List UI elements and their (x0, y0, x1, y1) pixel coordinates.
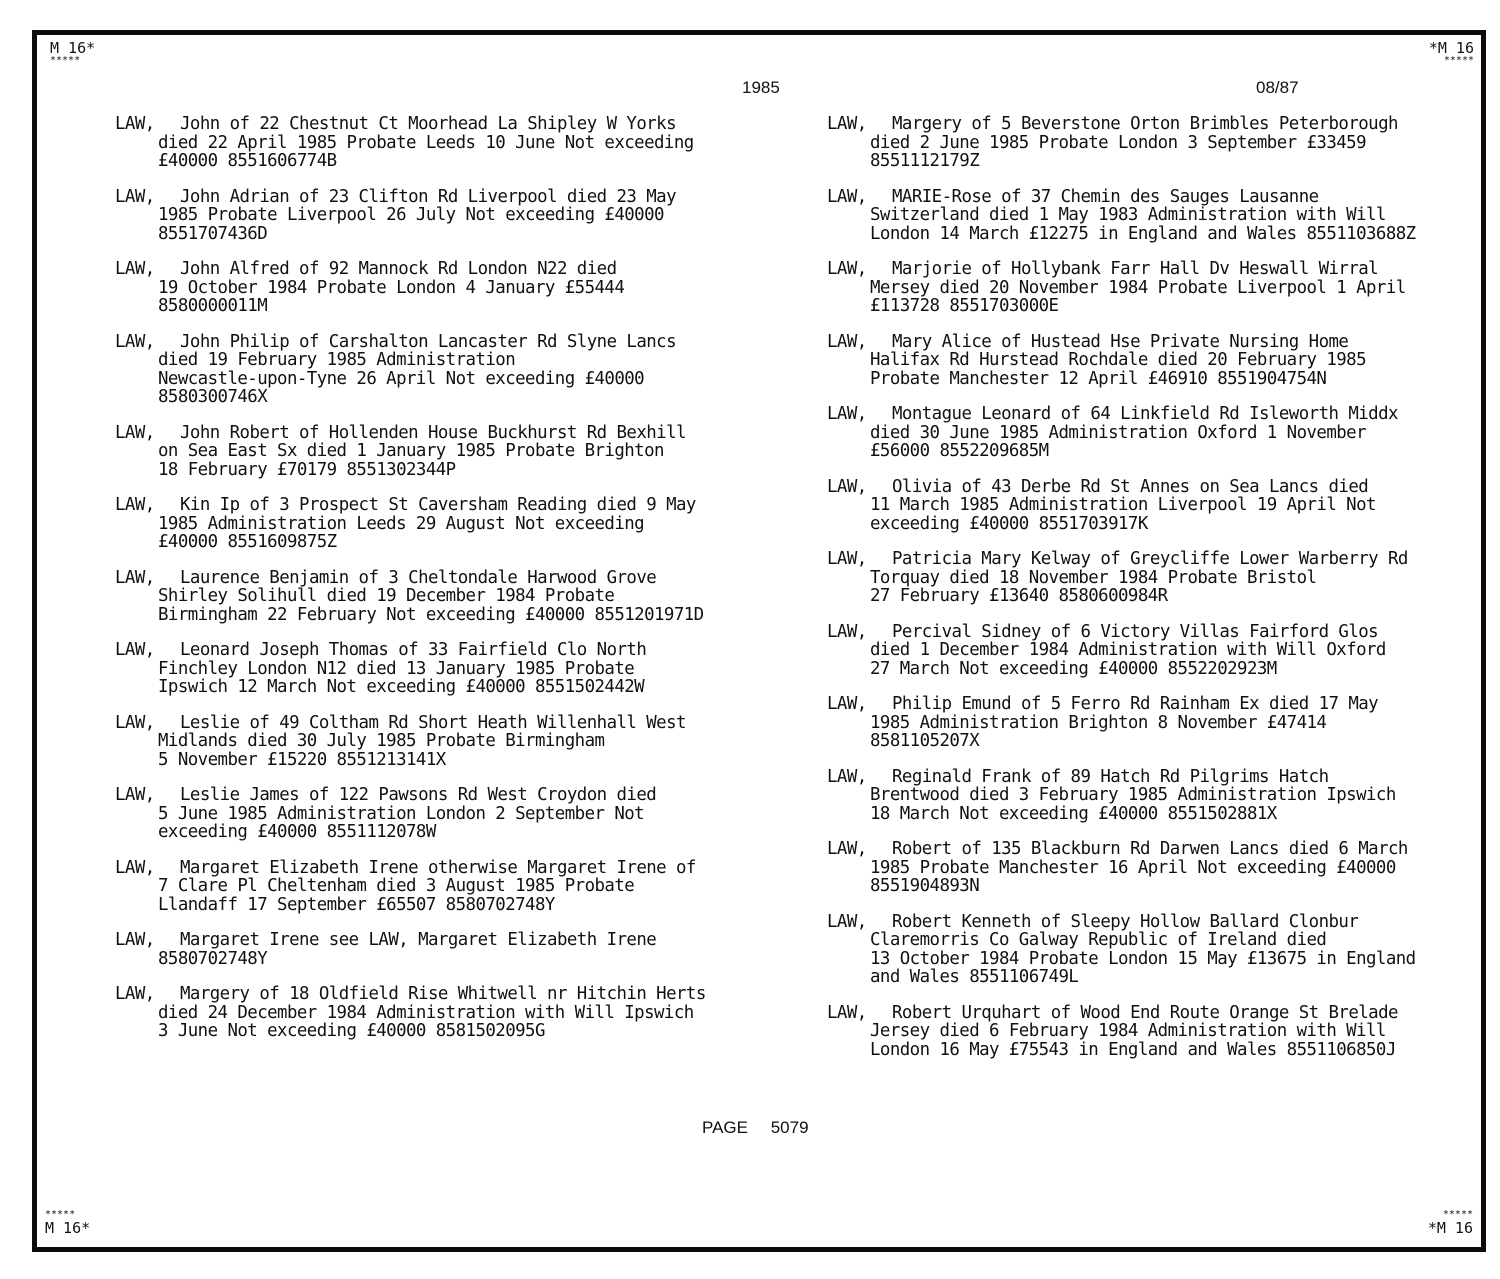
entry-line: Midlands died 30 July 1985 Probate Birmi… (158, 732, 795, 751)
entry-surname: LAW, (827, 768, 867, 787)
entry-line: Robert of 135 Blackburn Rd Darwen Lancs … (892, 840, 1500, 859)
entry-surname: LAW, (827, 550, 867, 569)
entry-line: 8580702748Y (158, 950, 795, 969)
entry-line: Marjorie of Hollybank Farr Hall Dv Heswa… (892, 260, 1500, 279)
probate-entry: LAW,Patricia Mary Kelway of Greycliffe L… (827, 550, 1500, 606)
entry-body: Mary Alice of Hustead Hse Private Nursin… (827, 333, 1500, 389)
entry-line: Reginald Frank of 89 Hatch Rd Pilgrims H… (892, 768, 1500, 787)
entry-line: 27 February £13640 8580600984R (870, 587, 1500, 606)
entry-line: 8551112179Z (870, 152, 1500, 171)
entry-line: 8581105207X (870, 732, 1500, 751)
entry-line: John Philip of Carshalton Lancaster Rd S… (180, 333, 795, 352)
entry-body: John Robert of Hollenden House Buckhurst… (115, 424, 795, 480)
entry-line: £40000 8551609875Z (158, 533, 795, 552)
entry-line: 1985 Probate Liverpool 26 July Not excee… (158, 206, 795, 225)
probate-entry: LAW,Laurence Benjamin of 3 Cheltondale H… (115, 569, 795, 625)
probate-entry: LAW,MARIE-Rose of 37 Chemin des Sauges L… (827, 188, 1500, 244)
entry-surname: LAW, (827, 840, 867, 859)
entry-line: John Adrian of 23 Clifton Rd Liverpool d… (180, 188, 795, 207)
entry-line: Margery of 5 Beverstone Orton Brimbles P… (892, 115, 1500, 134)
entry-line: exceeding £40000 8551112078W (158, 823, 795, 842)
entry-line: Percival Sidney of 6 Victory Villas Fair… (892, 623, 1500, 642)
entry-surname: LAW, (827, 1004, 867, 1023)
entry-surname: LAW, (115, 931, 155, 950)
probate-entry: LAW,Olivia of 43 Derbe Rd St Annes on Se… (827, 478, 1500, 534)
probate-entry: LAW,Margaret Irene see LAW, Margaret Eli… (115, 931, 795, 968)
corner-code-bottom-right: ***** *M 16 (1428, 1209, 1473, 1235)
corner-code: M 16* (45, 1221, 90, 1235)
entry-body: Marjorie of Hollybank Farr Hall Dv Heswa… (827, 260, 1500, 316)
entry-surname: LAW, (827, 478, 867, 497)
entry-surname: LAW, (115, 260, 155, 279)
entry-line: £56000 8552209685M (870, 442, 1500, 461)
page-label: PAGE (702, 1118, 748, 1137)
entry-surname: LAW, (827, 405, 867, 424)
entry-body: Olivia of 43 Derbe Rd St Annes on Sea La… (827, 478, 1500, 534)
entry-body: John of 22 Chestnut Ct Moorhead La Shipl… (115, 115, 795, 171)
probate-entry: LAW,John Philip of Carshalton Lancaster … (115, 333, 795, 407)
entry-line: Jersey died 6 February 1984 Administrati… (870, 1022, 1500, 1041)
entry-line: London 14 March £12275 in England and Wa… (870, 225, 1500, 244)
entry-line: 8580300746X (158, 388, 795, 407)
entry-line: Montague Leonard of 64 Linkfield Rd Isle… (892, 405, 1500, 424)
entry-line: 18 February £70179 8551302344P (158, 461, 795, 480)
entry-line: 5 June 1985 Administration London 2 Sept… (158, 805, 795, 824)
corner-code-top-right: *M 16 ***** (1429, 41, 1474, 67)
entry-surname: LAW, (827, 695, 867, 714)
probate-entry: LAW,John of 22 Chestnut Ct Moorhead La S… (115, 115, 795, 171)
entry-surname: LAW, (115, 496, 155, 515)
probate-entry: LAW,Leonard Joseph Thomas of 33 Fairfiel… (115, 641, 795, 697)
left-column: LAW,John of 22 Chestnut Ct Moorhead La S… (115, 115, 795, 1058)
entry-body: Montague Leonard of 64 Linkfield Rd Isle… (827, 405, 1500, 461)
entry-line: Kin Ip of 3 Prospect St Caversham Readin… (180, 496, 795, 515)
entry-body: Patricia Mary Kelway of Greycliffe Lower… (827, 550, 1500, 606)
entry-line: Margaret Elizabeth Irene otherwise Marga… (180, 859, 795, 878)
entry-surname: LAW, (115, 786, 155, 805)
entry-body: Kin Ip of 3 Prospect St Caversham Readin… (115, 496, 795, 552)
entry-line: Leslie James of 122 Pawsons Rd West Croy… (180, 786, 795, 805)
probate-entry: LAW,Robert of 135 Blackburn Rd Darwen La… (827, 840, 1500, 896)
entry-line: Claremorris Co Galway Republic of Irelan… (870, 931, 1500, 950)
probate-entry: LAW,Robert Kenneth of Sleepy Hollow Ball… (827, 913, 1500, 987)
entry-line: 1985 Administration Brighton 8 November … (870, 714, 1500, 733)
corner-code: *M 16 (1429, 41, 1474, 55)
entry-line: died 19 February 1985 Administration (158, 351, 795, 370)
probate-entry: LAW,John Adrian of 23 Clifton Rd Liverpo… (115, 188, 795, 244)
entry-line: on Sea East Sx died 1 January 1985 Proba… (158, 442, 795, 461)
entry-surname: LAW, (827, 913, 867, 932)
entry-body: Margaret Irene see LAW, Margaret Elizabe… (115, 931, 795, 968)
header-date: 08/87 (1256, 78, 1299, 98)
entry-body: MARIE-Rose of 37 Chemin des Sauges Lausa… (827, 188, 1500, 244)
entry-line: Shirley Solihull died 19 December 1984 P… (158, 587, 795, 606)
entry-surname: LAW, (827, 188, 867, 207)
entry-line: Probate Manchester 12 April £46910 85519… (870, 370, 1500, 389)
probate-entry: LAW,Robert Urquhart of Wood End Route Or… (827, 1004, 1500, 1060)
corner-code: *M 16 (1428, 1221, 1473, 1235)
entry-line: Margaret Irene see LAW, Margaret Elizabe… (180, 931, 795, 950)
entry-body: John Alfred of 92 Mannock Rd London N22 … (115, 260, 795, 316)
entry-line: 27 March Not exceeding £40000 8552202923… (870, 660, 1500, 679)
entry-line: Switzerland died 1 May 1983 Administrati… (870, 206, 1500, 225)
probate-entry: LAW,Margery of 5 Beverstone Orton Brimbl… (827, 115, 1500, 171)
probate-entry: LAW,John Robert of Hollenden House Buckh… (115, 424, 795, 480)
corner-code-top-left: M 16* ***** (50, 41, 95, 67)
entry-line: 1985 Probate Manchester 16 April Not exc… (870, 859, 1500, 878)
entry-body: Robert Kenneth of Sleepy Hollow Ballard … (827, 913, 1500, 987)
entry-line: and Wales 8551106749L (870, 968, 1500, 987)
entry-line: 8580000011M (158, 297, 795, 316)
entry-surname: LAW, (115, 569, 155, 588)
probate-entry: LAW,Marjorie of Hollybank Farr Hall Dv H… (827, 260, 1500, 316)
corner-code-bottom-left: ***** M 16* (45, 1209, 90, 1235)
entry-surname: LAW, (115, 859, 155, 878)
entry-line: Finchley London N12 died 13 January 1985… (158, 660, 795, 679)
entry-line: Mary Alice of Hustead Hse Private Nursin… (892, 333, 1500, 352)
right-column: LAW,Margery of 5 Beverstone Orton Brimbl… (827, 115, 1500, 1076)
entry-line: Ipswich 12 March Not exceeding £40000 85… (158, 678, 795, 697)
probate-entry: LAW,Leslie James of 122 Pawsons Rd West … (115, 786, 795, 842)
entry-line: £113728 8551703000E (870, 297, 1500, 316)
probate-entry: LAW,Montague Leonard of 64 Linkfield Rd … (827, 405, 1500, 461)
probate-entry: LAW,Percival Sidney of 6 Victory Villas … (827, 623, 1500, 679)
entry-line: 5 November £15220 8551213141X (158, 751, 795, 770)
probate-entry: LAW,Mary Alice of Hustead Hse Private Nu… (827, 333, 1500, 389)
entry-surname: LAW, (115, 115, 155, 134)
probate-entry: LAW,Kin Ip of 3 Prospect St Caversham Re… (115, 496, 795, 552)
entry-body: John Philip of Carshalton Lancaster Rd S… (115, 333, 795, 407)
entry-body: Leonard Joseph Thomas of 33 Fairfield Cl… (115, 641, 795, 697)
entry-surname: LAW, (827, 333, 867, 352)
entry-line: died 22 April 1985 Probate Leeds 10 June… (158, 134, 795, 153)
entry-line: Llandaff 17 September £65507 8580702748Y (158, 896, 795, 915)
entry-line: MARIE-Rose of 37 Chemin des Sauges Lausa… (892, 188, 1500, 207)
probate-entry: LAW,Margaret Elizabeth Irene otherwise M… (115, 859, 795, 915)
entry-body: Percival Sidney of 6 Victory Villas Fair… (827, 623, 1500, 679)
entry-line: £40000 8551606774B (158, 152, 795, 171)
entry-body: Leslie James of 122 Pawsons Rd West Croy… (115, 786, 795, 842)
entry-line: John of 22 Chestnut Ct Moorhead La Shipl… (180, 115, 795, 134)
entry-body: Robert of 135 Blackburn Rd Darwen Lancs … (827, 840, 1500, 896)
probate-entry: LAW,Philip Emund of 5 Ferro Rd Rainham E… (827, 695, 1500, 751)
entry-line: 8551707436D (158, 225, 795, 244)
entry-body: Robert Urquhart of Wood End Route Orange… (827, 1004, 1500, 1060)
entry-body: Margaret Elizabeth Irene otherwise Marga… (115, 859, 795, 915)
entry-line: died 30 June 1985 Administration Oxford … (870, 424, 1500, 443)
entry-body: Laurence Benjamin of 3 Cheltondale Harwo… (115, 569, 795, 625)
entry-line: 1985 Administration Leeds 29 August Not … (158, 515, 795, 534)
entry-line: 7 Clare Pl Cheltenham died 3 August 1985… (158, 877, 795, 896)
entry-surname: LAW, (115, 188, 155, 207)
entry-body: John Adrian of 23 Clifton Rd Liverpool d… (115, 188, 795, 244)
entry-surname: LAW, (115, 985, 155, 1004)
entry-line: Patricia Mary Kelway of Greycliffe Lower… (892, 550, 1500, 569)
entry-line: Laurence Benjamin of 3 Cheltondale Harwo… (180, 569, 795, 588)
entry-body: Margery of 18 Oldfield Rise Whitwell nr … (115, 985, 795, 1041)
entry-surname: LAW, (115, 641, 155, 660)
entry-line: Leslie of 49 Coltham Rd Short Heath Will… (180, 714, 795, 733)
entry-line: 8551904893N (870, 877, 1500, 896)
entry-line: 18 March Not exceeding £40000 8551502881… (870, 805, 1500, 824)
entry-line: Halifax Rd Hurstead Rochdale died 20 Feb… (870, 351, 1500, 370)
entry-body: Reginald Frank of 89 Hatch Rd Pilgrims H… (827, 768, 1500, 824)
entry-body: Leslie of 49 Coltham Rd Short Heath Will… (115, 714, 795, 770)
entry-line: 11 March 1985 Administration Liverpool 1… (870, 496, 1500, 515)
entry-line: John Alfred of 92 Mannock Rd London N22 … (180, 260, 795, 279)
page-number: PAGE 5079 (702, 1118, 809, 1138)
entry-line: Mersey died 20 November 1984 Probate Liv… (870, 279, 1500, 298)
probate-entry: LAW,John Alfred of 92 Mannock Rd London … (115, 260, 795, 316)
header-year: 1985 (742, 78, 780, 98)
entry-body: Philip Emund of 5 Ferro Rd Rainham Ex di… (827, 695, 1500, 751)
entry-line: Robert Urquhart of Wood End Route Orange… (892, 1004, 1500, 1023)
entry-surname: LAW, (115, 424, 155, 443)
entry-body: Margery of 5 Beverstone Orton Brimbles P… (827, 115, 1500, 171)
entry-surname: LAW, (827, 623, 867, 642)
entry-surname: LAW, (115, 714, 155, 733)
entry-line: London 16 May £75543 in England and Wale… (870, 1041, 1500, 1060)
entry-line: Philip Emund of 5 Ferro Rd Rainham Ex di… (892, 695, 1500, 714)
entry-line: exceeding £40000 8551703917K (870, 515, 1500, 534)
corner-code: M 16* (50, 41, 95, 55)
entry-line: Margery of 18 Oldfield Rise Whitwell nr … (180, 985, 795, 1004)
probate-entry: LAW,Margery of 18 Oldfield Rise Whitwell… (115, 985, 795, 1041)
probate-entry: LAW,Reginald Frank of 89 Hatch Rd Pilgri… (827, 768, 1500, 824)
probate-entry: LAW,Leslie of 49 Coltham Rd Short Heath … (115, 714, 795, 770)
page-number-value: 5079 (771, 1118, 809, 1137)
entry-line: Olivia of 43 Derbe Rd St Annes on Sea La… (892, 478, 1500, 497)
entry-line: Robert Kenneth of Sleepy Hollow Ballard … (892, 913, 1500, 932)
entry-surname: LAW, (827, 260, 867, 279)
entry-surname: LAW, (115, 333, 155, 352)
entry-line: Newcastle-upon-Tyne 26 April Not exceedi… (158, 370, 795, 389)
entry-line: died 24 December 1984 Administration wit… (158, 1004, 795, 1023)
entry-line: 19 October 1984 Probate London 4 January… (158, 279, 795, 298)
entry-line: Torquay died 18 November 1984 Probate Br… (870, 569, 1500, 588)
entry-line: died 2 June 1985 Probate London 3 Septem… (870, 134, 1500, 153)
entry-surname: LAW, (827, 115, 867, 134)
entry-line: John Robert of Hollenden House Buckhurst… (180, 424, 795, 443)
entry-line: 13 October 1984 Probate London 15 May £1… (870, 950, 1500, 969)
entry-line: died 1 December 1984 Administration with… (870, 641, 1500, 660)
entry-line: Leonard Joseph Thomas of 33 Fairfield Cl… (180, 641, 795, 660)
entry-line: Birmingham 22 February Not exceeding £40… (158, 606, 795, 625)
page-frame: M 16* ***** *M 16 ***** ***** M 16* ****… (32, 30, 1486, 1252)
entry-line: Brentwood died 3 February 1985 Administr… (870, 786, 1500, 805)
entry-line: 3 June Not exceeding £40000 8581502095G (158, 1022, 795, 1041)
